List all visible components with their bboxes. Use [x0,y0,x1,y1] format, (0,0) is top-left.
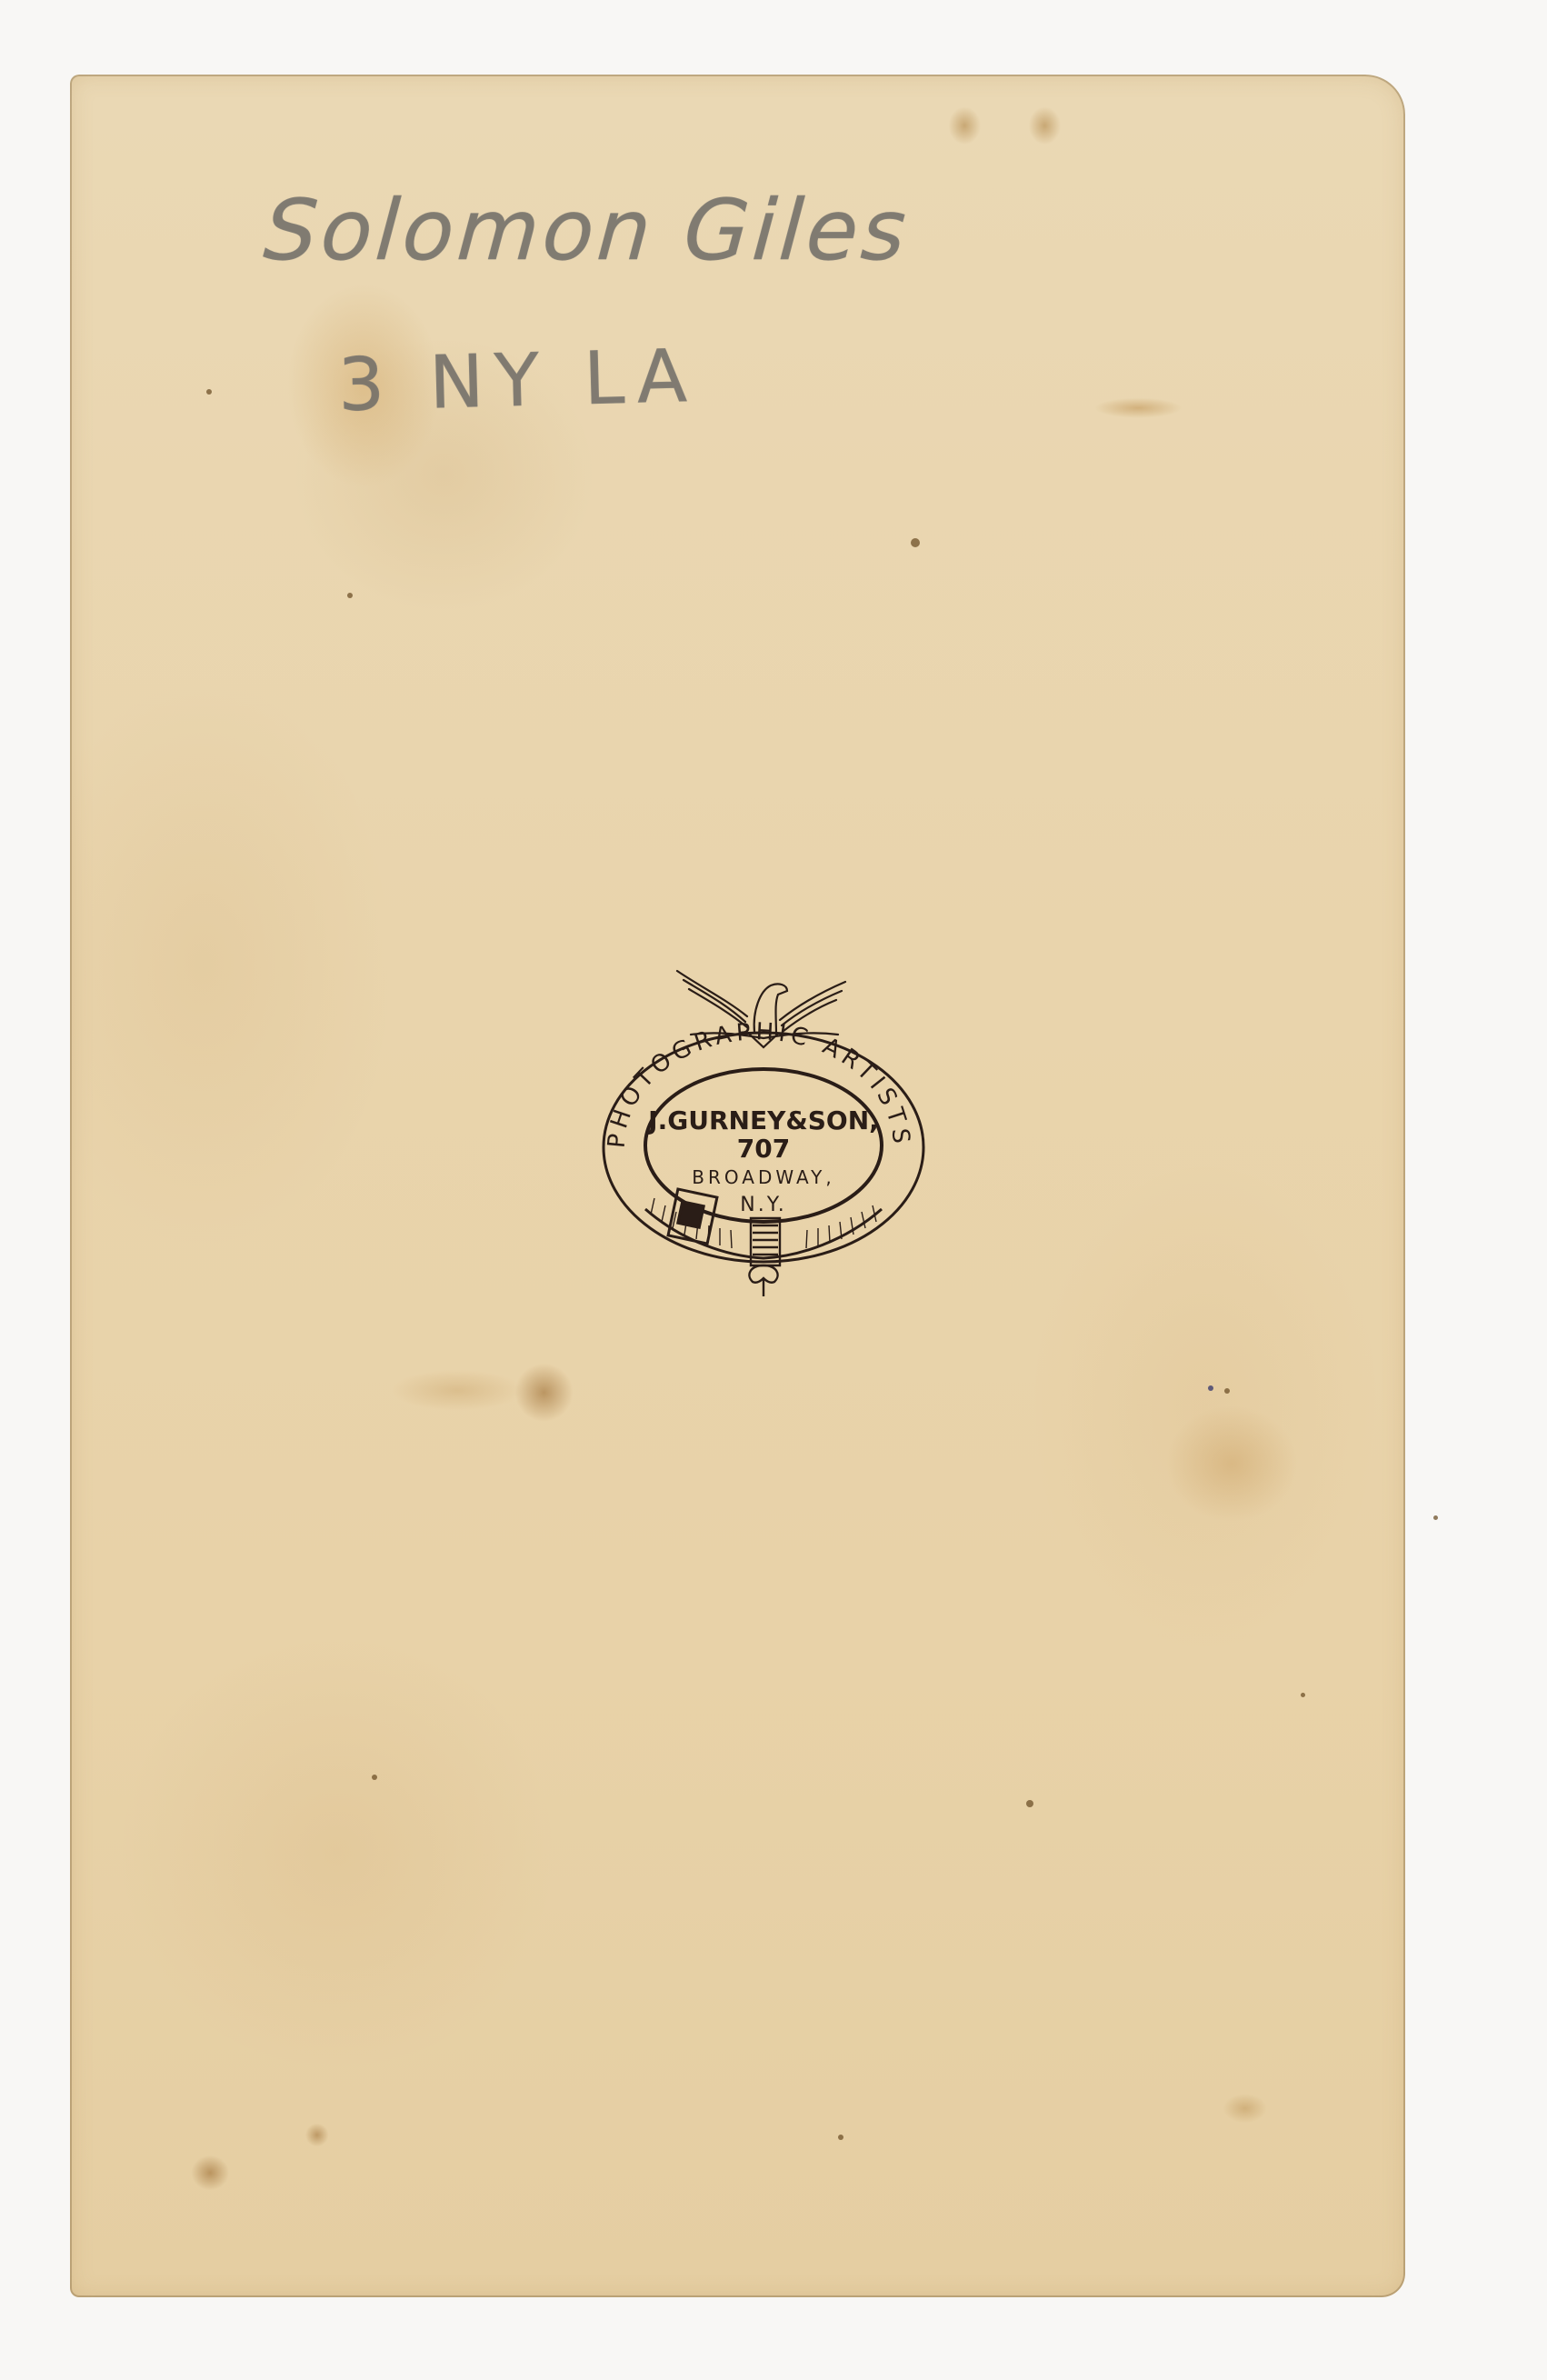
foxing-speck [1026,1800,1033,1807]
foxing-speck [838,2135,843,2140]
stamp-city: N.Y. [740,1194,786,1216]
stamp-street-number: 707 [737,1134,790,1164]
foxing-speck [347,593,353,598]
foxing-speck [911,538,920,547]
stamp-firm-name: J.GURNEY&SON, [646,1105,879,1135]
pencil-name-inscription: Solomon Giles [261,182,912,279]
foxing-speck [1433,1515,1438,1520]
photographer-backstamp: PHOTOGRAPHIC ARTISTS J.GURNEY&SON, 707 B… [582,945,945,1309]
foxing-speck [1208,1385,1213,1391]
pencil-unit-inscription: 3 NY LA [337,334,699,427]
foxing-speck [372,1775,377,1780]
foxing-speck [1301,1693,1305,1697]
foxing-speck [206,389,212,395]
stamp-street-name: BROADWAY, [692,1166,834,1188]
foxing-speck [1224,1388,1230,1394]
